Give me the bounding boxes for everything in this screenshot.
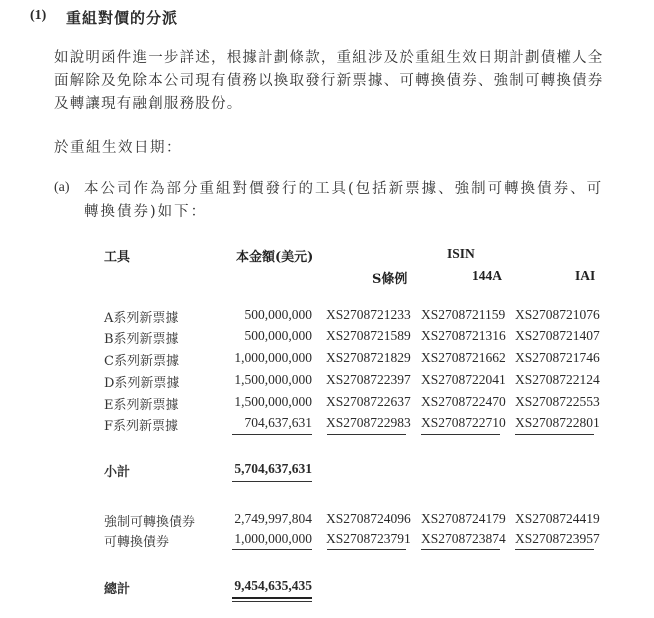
- instrument-name: F系列新票據: [104, 415, 178, 434]
- principal-amount: 1,000,000,000: [192, 531, 312, 547]
- item-a-label: (a): [54, 180, 70, 196]
- total-label: 總計: [104, 578, 130, 597]
- instrument-name: 可轉換債券: [104, 531, 169, 550]
- divider: [515, 549, 594, 550]
- isin-144a: XS2708722041: [421, 372, 506, 388]
- instrument-name: B系列新票據: [104, 328, 179, 347]
- header-principal: 本金額(美元): [236, 246, 313, 265]
- isin-reg-s: XS2708721589: [326, 328, 411, 344]
- principal-amount: 1,000,000,000: [192, 350, 312, 366]
- isin-reg-s: XS2708723791: [326, 531, 411, 547]
- divider: [515, 434, 594, 435]
- header-iai: IAI: [575, 268, 595, 284]
- divider: [327, 434, 406, 435]
- instrument-name: 強制可轉換債券: [104, 511, 195, 530]
- isin-144a: XS2708721316: [421, 328, 506, 344]
- item-a-text: 本公司作為部分重組對價發行的工具(包括新票據、強制可轉換債券、可轉換債券)如下：: [84, 178, 604, 224]
- principal-amount: 500,000,000: [192, 328, 312, 344]
- instrument-name: E系列新票據: [104, 394, 179, 413]
- divider: [232, 549, 312, 550]
- isin-144a: XS2708724179: [421, 511, 506, 527]
- isin-iai: XS2708723957: [515, 531, 600, 547]
- divider: [421, 434, 500, 435]
- intro-paragraph: 如說明函件進一步詳述，根據計劃條款，重組涉及於重組生效日期計劃債權人全面解除及免…: [54, 47, 614, 116]
- divider: [232, 481, 312, 482]
- isin-reg-s: XS2708721829: [326, 350, 411, 366]
- isin-reg-s: XS2708722983: [326, 415, 411, 431]
- instrument-name: D系列新票據: [104, 372, 179, 391]
- isin-iai: XS2708721076: [515, 307, 600, 323]
- isin-144a: XS2708722710: [421, 415, 506, 431]
- section-number: (1): [30, 8, 46, 24]
- double-underline-bottom: [232, 601, 312, 602]
- divider: [421, 549, 500, 550]
- divider: [327, 549, 406, 550]
- isin-reg-s: XS2708724096: [326, 511, 411, 527]
- principal-amount: 704,637,631: [192, 415, 312, 431]
- isin-iai: XS2708722801: [515, 415, 600, 431]
- effective-date-line: 於重組生效日期：: [54, 136, 182, 157]
- isin-iai: XS2708722553: [515, 394, 600, 410]
- isin-reg-s: XS2708722397: [326, 372, 411, 388]
- header-instrument: 工具: [104, 246, 130, 265]
- isin-reg-s: XS2708721233: [326, 307, 411, 323]
- header-isin: ISIN: [447, 246, 475, 262]
- principal-amount: 1,500,000,000: [192, 394, 312, 410]
- isin-iai: XS2708724419: [515, 511, 600, 527]
- header-144a: 144A: [472, 268, 502, 284]
- isin-144a: XS2708721662: [421, 350, 506, 366]
- isin-144a: XS2708721159: [421, 307, 505, 323]
- header-reg-s: S條例: [372, 268, 407, 287]
- isin-144a: XS2708722470: [421, 394, 506, 410]
- principal-amount: 1,500,000,000: [192, 372, 312, 388]
- isin-iai: XS2708722124: [515, 372, 600, 388]
- double-underline-top: [232, 597, 312, 599]
- isin-reg-s: XS2708722637: [326, 394, 411, 410]
- principal-amount: 500,000,000: [192, 307, 312, 323]
- isin-iai: XS2708721407: [515, 328, 600, 344]
- principal-amount: 2,749,997,804: [192, 511, 312, 527]
- subtotal-label: 小計: [104, 461, 130, 480]
- instrument-name: A系列新票據: [104, 307, 178, 326]
- isin-144a: XS2708723874: [421, 531, 506, 547]
- subtotal-value: 5,704,637,631: [192, 461, 312, 477]
- isin-iai: XS2708721746: [515, 350, 600, 366]
- divider: [232, 434, 312, 435]
- section-title: 重組對價的分派: [66, 7, 178, 28]
- total-value: 9,454,635,435: [192, 578, 312, 594]
- instrument-name: C系列新票據: [104, 350, 179, 369]
